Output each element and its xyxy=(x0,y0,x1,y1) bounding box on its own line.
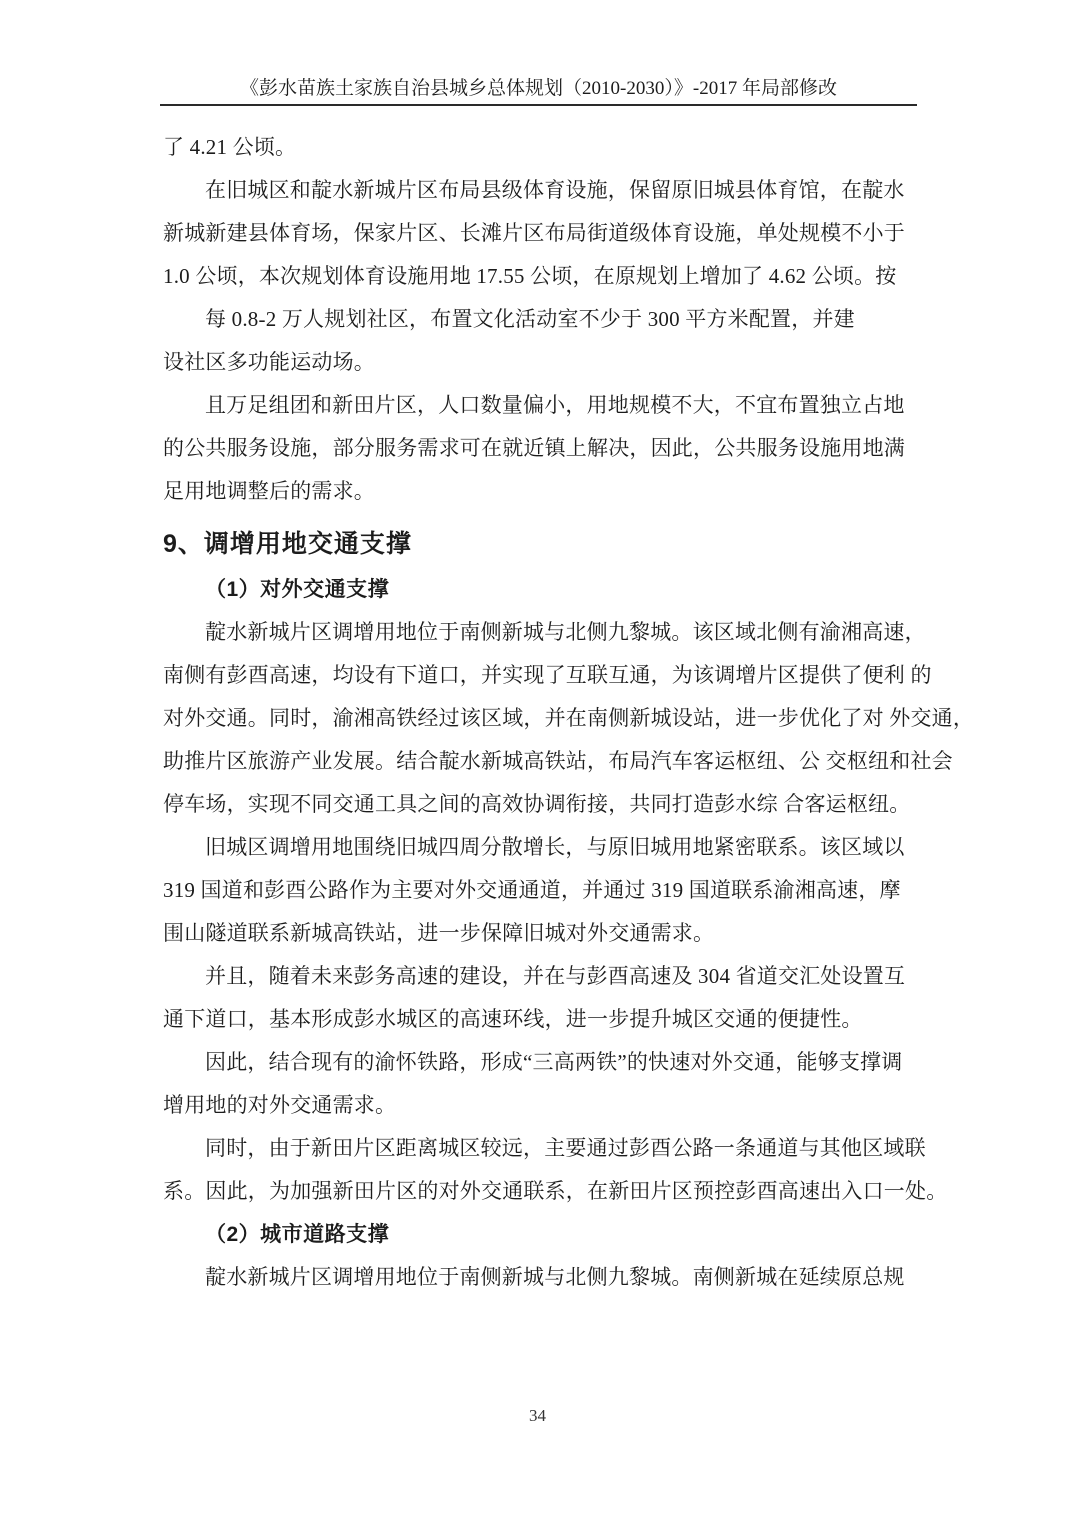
body-line: 对外交通。同时，渝湘高铁经过该区域，并在南侧新城设站，进一步优化了对 外交通， xyxy=(163,697,917,740)
body-line: 每 0.8-2 万人规划社区，布置文化活动室不少于 300 平方米配置，并建 xyxy=(163,298,917,341)
body-line: 系。因此，为加强新田片区的对外交通联系，在新田片区预控彭酉高速出入口一处。 xyxy=(163,1170,917,1213)
body-line: 因此，结合现有的渝怀铁路，形成“三高两铁”的快速对外交通，能够支撑调 xyxy=(163,1041,917,1084)
body-line: 同时，由于新田片区距离城区较远，主要通过彭酉公路一条通道与其他区域联 xyxy=(163,1127,917,1170)
body-line: 助推片区旅游产业发展。结合靛水新城高铁站，布局汽车客运枢纽、公 交枢纽和社会 xyxy=(163,740,917,783)
document-page: 《彭水苗族土家族自治县城乡总体规划（2010-2030）》-2017 年局部修改… xyxy=(0,0,1075,1520)
body-line: 靛水新城片区调增用地位于南侧新城与北侧九黎城。该区域北侧有渝湘高速， xyxy=(163,611,917,654)
body-line: 设社区多功能运动场。 xyxy=(163,341,917,384)
body-line: 新城新建县体育场，保家片区、长滩片区布局街道级体育设施，单处规模不小于 xyxy=(163,212,917,255)
body-line: 在旧城区和靛水新城片区布局县级体育设施，保留原旧城县体育馆，在靛水 xyxy=(163,169,917,212)
subsection-heading: （2）城市道路支撑 xyxy=(163,1213,917,1256)
body-line: 增用地的对外交通需求。 xyxy=(163,1084,917,1127)
body-line: 旧城区调增用地围绕旧城四周分散增长，与原旧城用地紧密联系。该区域以 xyxy=(163,826,917,869)
body-line: 靛水新城片区调增用地位于南侧新城与北侧九黎城。南侧新城在延续原总规 xyxy=(163,1256,917,1299)
subsection-heading: （1）对外交通支撑 xyxy=(163,568,917,611)
body-line: 且万足组团和新田片区，人口数量偏小，用地规模不大，不宜布置独立占地 xyxy=(163,384,917,427)
body-line: 1.0 公顷，本次规划体育设施用地 17.55 公顷，在原规划上增加了 4.62… xyxy=(163,255,917,298)
body-line: 319 国道和彭酉公路作为主要对外交通通道，并通过 319 国道联系渝湘高速，摩 xyxy=(163,869,917,912)
body-line: 了 4.21 公顷。 xyxy=(163,126,917,169)
header-rule xyxy=(160,104,917,106)
body-line: 围山隧道联系新城高铁站，进一步保障旧城对外交通需求。 xyxy=(163,912,917,955)
body-line: 的公共服务设施，部分服务需求可在就近镇上解决，因此，公共服务设施用地满 xyxy=(163,427,917,470)
page-header-title: 《彭水苗族土家族自治县城乡总体规划（2010-2030）》-2017 年局部修改 xyxy=(160,76,917,102)
document-body: 了 4.21 公顷。 在旧城区和靛水新城片区布局县级体育设施，保留原旧城县体育馆… xyxy=(163,126,917,1299)
body-line: 南侧有彭酉高速，均设有下道口，并实现了互联互通，为该调增片区提供了便利 的 xyxy=(163,654,917,697)
body-line: 并且，随着未来彭务高速的建设，并在与彭酉高速及 304 省道交汇处设置互 xyxy=(163,955,917,998)
body-line: 停车场，实现不同交通工具之间的高效协调衔接，共同打造彭水综 合客运枢纽。 xyxy=(163,783,917,826)
page-number: 34 xyxy=(0,1406,1075,1426)
body-line: 通下道口，基本形成彭水城区的高速环线，进一步提升城区交通的便捷性。 xyxy=(163,998,917,1041)
body-line: 足用地调整后的需求。 xyxy=(163,470,917,513)
section-heading: 9、调增用地交通支撑 xyxy=(163,521,917,568)
